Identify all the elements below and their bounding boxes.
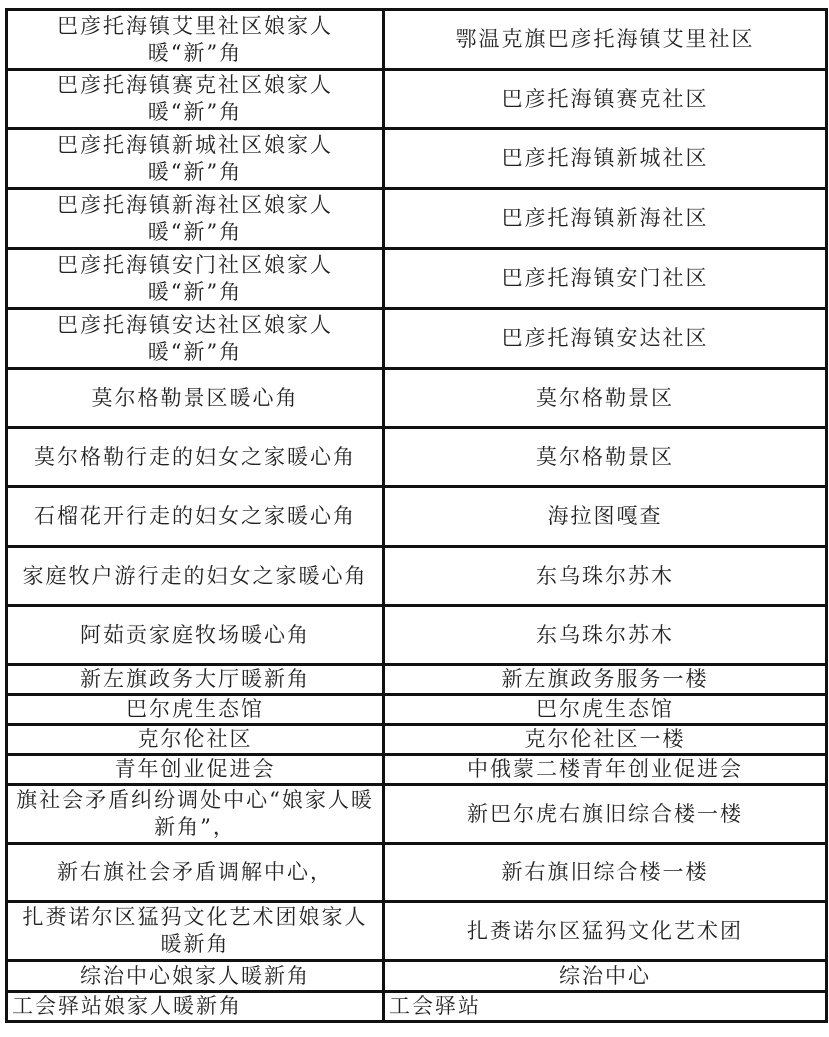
station-location-cell: 巴尔虎生态馆 xyxy=(384,695,827,725)
station-location-cell: 扎赉诺尔区猛犸文化艺术团 xyxy=(384,902,827,961)
station-location-cell: 巴彦托海镇新海社区 xyxy=(384,189,827,249)
table-row: 巴彦托海镇新城社区娘家人暖“新”角 巴彦托海镇新城社区 xyxy=(7,129,827,189)
table-row: 阿茹贡家庭牧场暖心角 东乌珠尔苏木 xyxy=(7,606,827,665)
table-row: 石榴花开行走的妇女之家暖心角 海拉图嘎查 xyxy=(7,487,827,547)
station-name-cell: 巴彦托海镇安达社区娘家人暖“新”角 xyxy=(7,309,384,369)
table-row: 巴彦托海镇赛克社区娘家人暖“新”角 巴彦托海镇赛克社区 xyxy=(7,70,827,129)
table-row: 巴彦托海镇新海社区娘家人暖“新”角 巴彦托海镇新海社区 xyxy=(7,189,827,249)
station-location-cell: 海拉图嘎查 xyxy=(384,487,827,547)
station-location-cell: 克尔伦社区一楼 xyxy=(384,725,827,755)
station-location-cell: 巴彦托海镇新城社区 xyxy=(384,129,827,189)
station-name-cell: 工会驿站娘家人暖新角 xyxy=(7,992,384,1022)
station-name-cell: 青年创业促进会 xyxy=(7,755,384,785)
station-name-cell: 巴彦托海镇安门社区娘家人暖“新”角 xyxy=(7,249,384,309)
station-location-cell: 新左旗政务服务一楼 xyxy=(384,665,827,695)
station-name-cell: 石榴花开行走的妇女之家暖心角 xyxy=(7,487,384,547)
table-row: 巴尔虎生态馆 巴尔虎生态馆 xyxy=(7,695,827,725)
station-location-cell: 东乌珠尔苏木 xyxy=(384,606,827,665)
table-row: 克尔伦社区 克尔伦社区一楼 xyxy=(7,725,827,755)
table-row: 巴彦托海镇艾里社区娘家人暖“新”角 鄂温克旗巴彦托海镇艾里社区 xyxy=(7,10,827,70)
table-row: 巴彦托海镇安门社区娘家人暖“新”角 巴彦托海镇安门社区 xyxy=(7,249,827,309)
station-location-cell: 鄂温克旗巴彦托海镇艾里社区 xyxy=(384,10,827,70)
table-row: 新左旗政务大厅暖新角 新左旗政务服务一楼 xyxy=(7,665,827,695)
station-name-cell: 旗社会矛盾纠纷调处中心“娘家人暖新角”， xyxy=(7,785,384,844)
station-name-cell: 巴彦托海镇新海社区娘家人暖“新”角 xyxy=(7,189,384,249)
station-name-cell: 新左旗政务大厅暖新角 xyxy=(7,665,384,695)
station-location-cell: 工会驿站 xyxy=(384,992,827,1022)
station-name-cell: 克尔伦社区 xyxy=(7,725,384,755)
table-row: 工会驿站娘家人暖新角 工会驿站 xyxy=(7,992,827,1022)
station-location-cell: 新巴尔虎右旗旧综合楼一楼 xyxy=(384,785,827,844)
table-row: 莫尔格勒景区暖心角 莫尔格勒景区 xyxy=(7,369,827,428)
station-name-cell: 巴彦托海镇艾里社区娘家人暖“新”角 xyxy=(7,10,384,70)
station-location-cell: 巴彦托海镇安门社区 xyxy=(384,249,827,309)
table-row: 旗社会矛盾纠纷调处中心“娘家人暖新角”， 新巴尔虎右旗旧综合楼一楼 xyxy=(7,785,827,844)
table-row: 青年创业促进会 中俄蒙二楼青年创业促进会 xyxy=(7,755,827,785)
station-location-cell: 中俄蒙二楼青年创业促进会 xyxy=(384,755,827,785)
station-location-cell: 莫尔格勒景区 xyxy=(384,428,827,487)
station-location-cell: 新右旗旧综合楼一楼 xyxy=(384,844,827,902)
station-name-cell: 巴彦托海镇赛克社区娘家人暖“新”角 xyxy=(7,70,384,129)
table-row: 新右旗社会矛盾调解中心， 新右旗旧综合楼一楼 xyxy=(7,844,827,902)
station-name-cell: 阿茹贡家庭牧场暖心角 xyxy=(7,606,384,665)
table-row: 扎赉诺尔区猛犸文化艺术团娘家人暖新角 扎赉诺尔区猛犸文化艺术团 xyxy=(7,902,827,961)
station-name-cell: 巴彦托海镇新城社区娘家人暖“新”角 xyxy=(7,129,384,189)
station-name-cell: 莫尔格勒景区暖心角 xyxy=(7,369,384,428)
table-row: 莫尔格勒行走的妇女之家暖心角 莫尔格勒景区 xyxy=(7,428,827,487)
station-location-cell: 东乌珠尔苏木 xyxy=(384,547,827,606)
station-name-cell: 家庭牧户游行走的妇女之家暖心角 xyxy=(7,547,384,606)
station-name-cell: 莫尔格勒行走的妇女之家暖心角 xyxy=(7,428,384,487)
station-location-cell: 巴彦托海镇安达社区 xyxy=(384,309,827,369)
station-location-cell: 综治中心 xyxy=(384,961,827,992)
station-name-cell: 新右旗社会矛盾调解中心， xyxy=(7,844,384,902)
table-row: 家庭牧户游行走的妇女之家暖心角 东乌珠尔苏木 xyxy=(7,547,827,606)
station-location-cell: 巴彦托海镇赛克社区 xyxy=(384,70,827,129)
station-location-cell: 莫尔格勒景区 xyxy=(384,369,827,428)
station-name-cell: 综治中心娘家人暖新角 xyxy=(7,961,384,992)
table-row: 巴彦托海镇安达社区娘家人暖“新”角 巴彦托海镇安达社区 xyxy=(7,309,827,369)
station-name-cell: 扎赉诺尔区猛犸文化艺术团娘家人暖新角 xyxy=(7,902,384,961)
stations-table: 巴彦托海镇艾里社区娘家人暖“新”角 鄂温克旗巴彦托海镇艾里社区 巴彦托海镇赛克社… xyxy=(5,8,828,1023)
station-name-cell: 巴尔虎生态馆 xyxy=(7,695,384,725)
table-row: 综治中心娘家人暖新角 综治中心 xyxy=(7,961,827,992)
